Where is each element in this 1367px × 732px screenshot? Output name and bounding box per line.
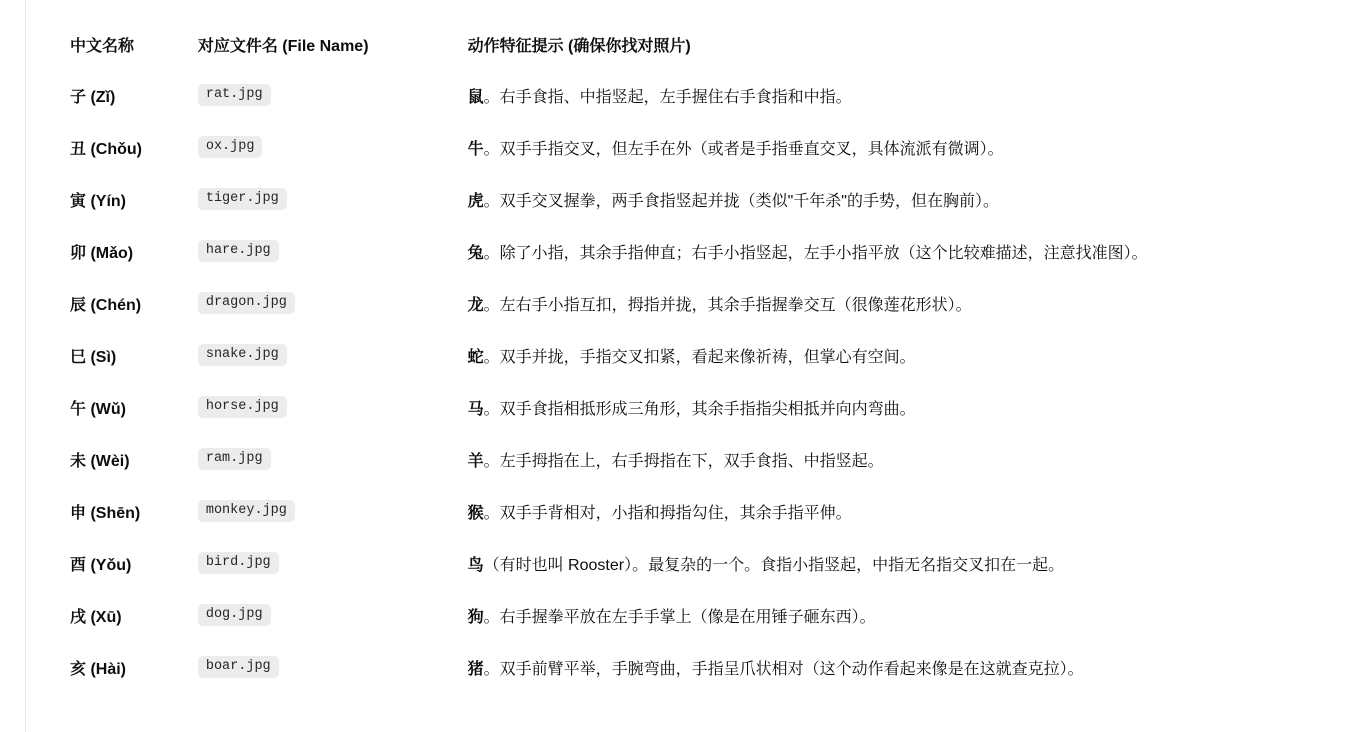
file-name-cell: bird.jpg: [198, 537, 468, 589]
table-row: 午 (Wǔ) horse.jpg 马。双手食指相抵形成三角形，其余手指指尖相抵并…: [70, 381, 1367, 433]
zodiac-name: 辰 (Chén): [70, 277, 198, 329]
file-name-cell: ram.jpg: [198, 433, 468, 485]
zodiac-name: 寅 (Yín): [70, 173, 198, 225]
file-name-cell: ox.jpg: [198, 121, 468, 173]
file-name-cell: horse.jpg: [198, 381, 468, 433]
animal-name: 狗: [468, 609, 484, 626]
file-name-badge: boar.jpg: [198, 656, 279, 679]
table-row: 寅 (Yín) tiger.jpg 虎。双手交叉握拳，两手食指竖起并拢（类似"千…: [70, 173, 1367, 225]
description-text: 。双手食指相抵形成三角形，其余手指指尖相抵并向内弯曲。: [484, 401, 916, 418]
zodiac-name: 戌 (Xū): [70, 589, 198, 641]
table-row: 子 (Zǐ) rat.jpg 鼠。右手食指、中指竖起，左手握住右手食指和中指。: [70, 69, 1367, 121]
description-text: 。右手食指、中指竖起，左手握住右手食指和中指。: [484, 89, 852, 106]
animal-name: 猴: [468, 505, 484, 522]
gesture-description: 猪。双手前臂平举，手腕弯曲，手指呈爪状相对（这个动作看起来像是在这就查克拉）。: [468, 641, 1367, 693]
table-row: 丑 (Chǒu) ox.jpg 牛。双手手指交叉，但左手在外（或者是手指垂直交叉…: [70, 121, 1367, 173]
description-text: 。双手交叉握拳，两手食指竖起并拢（类似"千年杀"的手势，但在胸前）。: [484, 193, 999, 210]
file-name-cell: dragon.jpg: [198, 277, 468, 329]
description-text: 。除了小指，其余手指伸直；右手小指竖起，左手小指平放（这个比较难描述，注意找准图…: [484, 245, 1148, 262]
table-row: 未 (Wèi) ram.jpg 羊。左手拇指在上，右手拇指在下，双手食指、中指竖…: [70, 433, 1367, 485]
header-chinese-name: 中文名称: [70, 19, 198, 69]
description-text: 。双手手指交叉，但左手在外（或者是手指垂直交叉，具体流派有微调）。: [484, 141, 1004, 158]
description-text: 。左右手小指互扣，拇指并拢，其余手指握拳交互（很像莲花形状）。: [484, 297, 972, 314]
animal-name: 龙: [468, 297, 484, 314]
animal-name: 鼠: [468, 89, 484, 106]
zodiac-name: 申 (Shēn): [70, 485, 198, 537]
table-row: 辰 (Chén) dragon.jpg 龙。左右手小指互扣，拇指并拢，其余手指握…: [70, 277, 1367, 329]
file-name-badge: dragon.jpg: [198, 292, 295, 315]
table-row: 亥 (Hài) boar.jpg 猪。双手前臂平举，手腕弯曲，手指呈爪状相对（这…: [70, 641, 1367, 693]
gesture-description: 虎。双手交叉握拳，两手食指竖起并拢（类似"千年杀"的手势，但在胸前）。: [468, 173, 1367, 225]
file-name-badge: tiger.jpg: [198, 188, 287, 211]
file-name-cell: tiger.jpg: [198, 173, 468, 225]
animal-name: 鸟: [468, 557, 484, 574]
hand-seal-reference-table: 中文名称 对应文件名 (File Name) 动作特征提示 (确保你找对照片) …: [70, 19, 1367, 693]
file-name-badge: dog.jpg: [198, 604, 271, 627]
description-text: 。右手握拳平放在左手手掌上（像是在用锤子砸东西）。: [484, 609, 876, 626]
file-name-cell: rat.jpg: [198, 69, 468, 121]
file-name-badge: horse.jpg: [198, 396, 287, 419]
table-header-row: 中文名称 对应文件名 (File Name) 动作特征提示 (确保你找对照片): [70, 19, 1367, 69]
gesture-description: 猴。双手手背相对，小指和拇指勾住，其余手指平伸。: [468, 485, 1367, 537]
zodiac-name: 卯 (Mǎo): [70, 225, 198, 277]
description-text: 。双手前臂平举，手腕弯曲，手指呈爪状相对（这个动作看起来像是在这就查克拉）。: [484, 661, 1084, 678]
animal-name: 牛: [468, 141, 484, 158]
header-file-name: 对应文件名 (File Name): [198, 19, 468, 69]
zodiac-name: 亥 (Hài): [70, 641, 198, 693]
zodiac-name: 未 (Wèi): [70, 433, 198, 485]
zodiac-name: 巳 (Sì): [70, 329, 198, 381]
file-name-badge: rat.jpg: [198, 84, 271, 107]
gesture-description: 龙。左右手小指互扣，拇指并拢，其余手指握拳交互（很像莲花形状）。: [468, 277, 1367, 329]
file-name-badge: hare.jpg: [198, 240, 279, 263]
zodiac-name: 子 (Zǐ): [70, 69, 198, 121]
gesture-description: 鸟（有时也叫 Rooster）。最复杂的一个。食指小指竖起，中指无名指交叉扣在一…: [468, 537, 1367, 589]
table-row: 戌 (Xū) dog.jpg 狗。右手握拳平放在左手手掌上（像是在用锤子砸东西）…: [70, 589, 1367, 641]
animal-name: 猪: [468, 661, 484, 678]
file-name-cell: snake.jpg: [198, 329, 468, 381]
description-text: 。双手并拢，手指交叉扣紧，看起来像祈祷，但掌心有空间。: [484, 349, 916, 366]
gesture-description: 鼠。右手食指、中指竖起，左手握住右手食指和中指。: [468, 69, 1367, 121]
file-name-badge: bird.jpg: [198, 552, 279, 575]
gesture-description: 马。双手食指相抵形成三角形，其余手指指尖相抵并向内弯曲。: [468, 381, 1367, 433]
table-row: 申 (Shēn) monkey.jpg 猴。双手手背相对，小指和拇指勾住，其余手…: [70, 485, 1367, 537]
file-name-cell: monkey.jpg: [198, 485, 468, 537]
gesture-description: 蛇。双手并拢，手指交叉扣紧，看起来像祈祷，但掌心有空间。: [468, 329, 1367, 381]
description-text: 。双手手背相对，小指和拇指勾住，其余手指平伸。: [484, 505, 852, 522]
zodiac-name: 午 (Wǔ): [70, 381, 198, 433]
content-area: 中文名称 对应文件名 (File Name) 动作特征提示 (确保你找对照片) …: [70, 19, 1367, 693]
animal-name: 马: [468, 401, 484, 418]
file-name-badge: ram.jpg: [198, 448, 271, 471]
zodiac-name: 丑 (Chǒu): [70, 121, 198, 173]
page: 中文名称 对应文件名 (File Name) 动作特征提示 (确保你找对照片) …: [0, 0, 1367, 732]
file-name-badge: snake.jpg: [198, 344, 287, 367]
animal-name: 羊: [468, 453, 484, 470]
animal-name: 虎: [468, 193, 484, 210]
left-vertical-rule: [25, 0, 26, 732]
file-name-cell: hare.jpg: [198, 225, 468, 277]
file-name-badge: ox.jpg: [198, 136, 263, 159]
file-name-cell: dog.jpg: [198, 589, 468, 641]
file-name-cell: boar.jpg: [198, 641, 468, 693]
table-row: 酉 (Yǒu) bird.jpg 鸟（有时也叫 Rooster）。最复杂的一个。…: [70, 537, 1367, 589]
gesture-description: 牛。双手手指交叉，但左手在外（或者是手指垂直交叉，具体流派有微调）。: [468, 121, 1367, 173]
animal-name: 兔: [468, 245, 484, 262]
gesture-description: 兔。除了小指，其余手指伸直；右手小指竖起，左手小指平放（这个比较难描述，注意找准…: [468, 225, 1367, 277]
animal-name: 蛇: [468, 349, 484, 366]
gesture-description: 羊。左手拇指在上，右手拇指在下，双手食指、中指竖起。: [468, 433, 1367, 485]
gesture-description: 狗。右手握拳平放在左手手掌上（像是在用锤子砸东西）。: [468, 589, 1367, 641]
file-name-badge: monkey.jpg: [198, 500, 295, 523]
description-text: 。左手拇指在上，右手拇指在下，双手食指、中指竖起。: [484, 453, 884, 470]
table-row: 巳 (Sì) snake.jpg 蛇。双手并拢，手指交叉扣紧，看起来像祈祷，但掌…: [70, 329, 1367, 381]
table-row: 卯 (Mǎo) hare.jpg 兔。除了小指，其余手指伸直；右手小指竖起，左手…: [70, 225, 1367, 277]
header-gesture-hint: 动作特征提示 (确保你找对照片): [468, 19, 1367, 69]
zodiac-name: 酉 (Yǒu): [70, 537, 198, 589]
description-text: （有时也叫 Rooster）。最复杂的一个。食指小指竖起，中指无名指交叉扣在一起…: [484, 557, 1064, 574]
